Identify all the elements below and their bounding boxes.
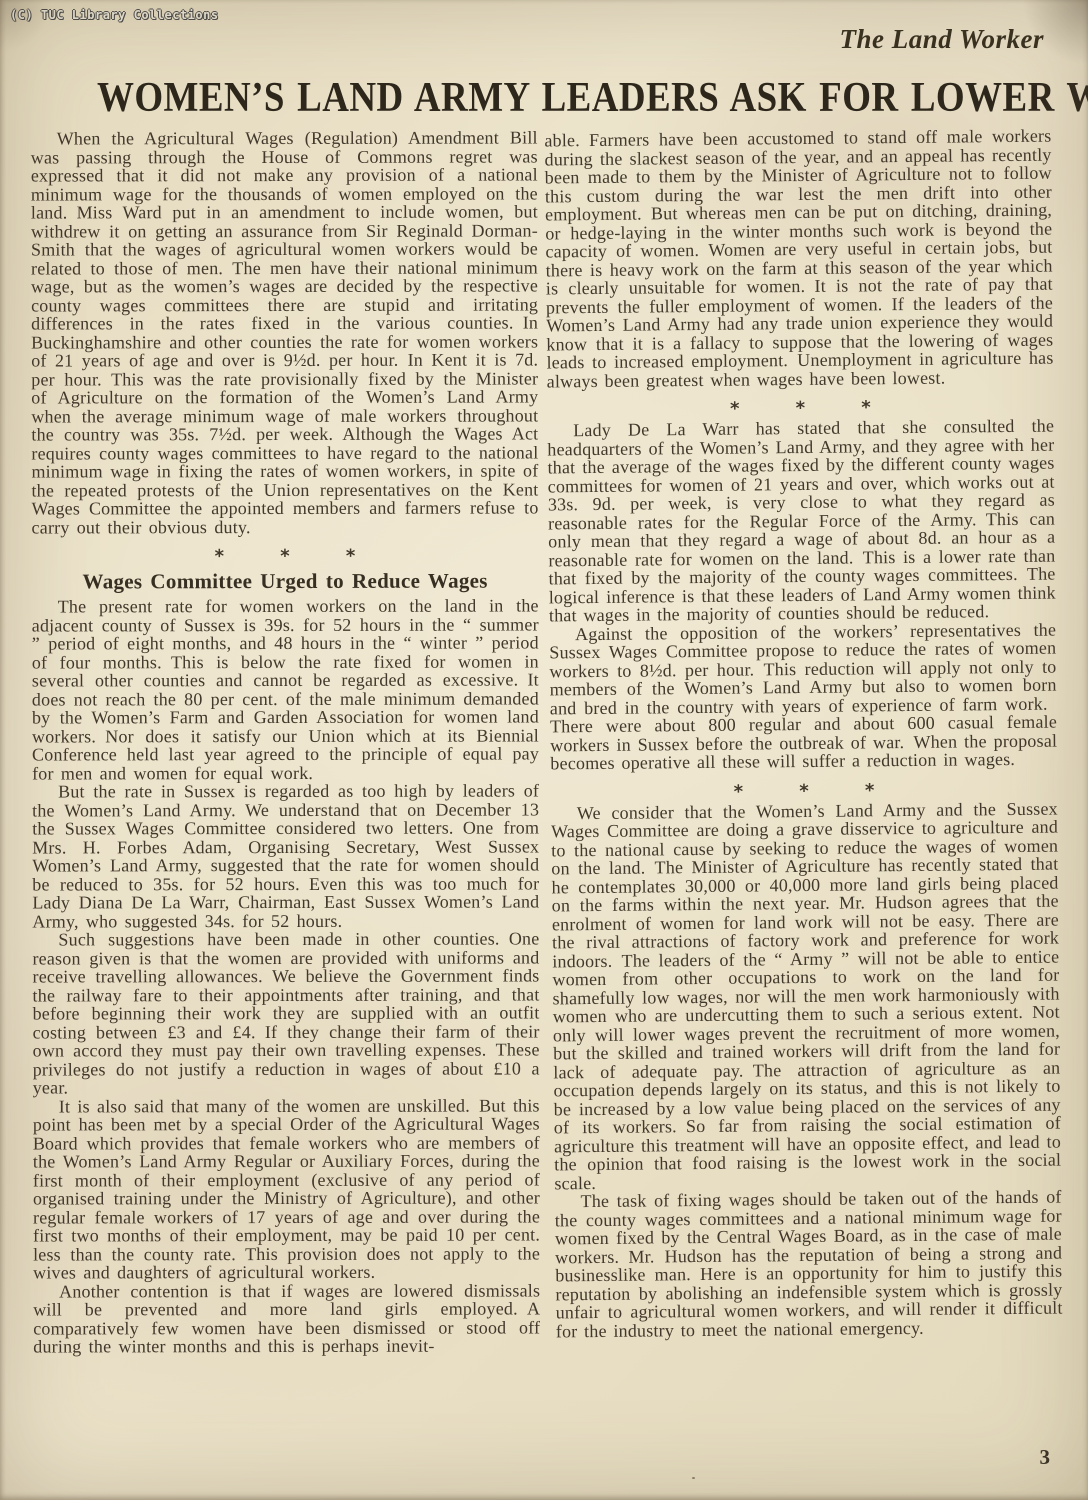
section-divider: * * * [547,394,1054,419]
right-column: able. Farmers have been accustomed to st… [544,127,1063,1358]
scanned-page: (C) TUC Library Collections The Land Wor… [0,0,1088,1500]
paragraph: able. Farmers have been accustomed to st… [544,127,1053,391]
library-watermark: (C) TUC Library Collections [10,8,219,22]
paragraph: Another contention is that if wages are … [33,1281,540,1356]
asterisk: * [280,544,290,570]
scan-speck [692,1477,695,1479]
paragraph: Against the opposition of the workers’ r… [549,620,1057,773]
asterisk: * [346,544,356,570]
page-number: 3 [1040,1445,1051,1470]
paragraph: We consider that the Women’s Land Army a… [551,799,1062,1192]
article-body: When the Agricultural Wages (Regulation)… [32,129,1056,1356]
left-column: When the Agricultural Wages (Regulation)… [31,128,541,1356]
paragraph: But the rate in Sussex is regarded as to… [32,781,539,930]
paragraph: Lady De La Warr has stated that she cons… [547,417,1056,625]
paragraph: It is also said that many of the women a… [33,1096,540,1282]
paragraph: When the Agricultural Wages (Regulation)… [31,128,539,536]
section-divider: * * * [32,543,539,564]
section-subhead: Wages Committee Urged to Reduce Wages [32,568,539,593]
paragraph: The present rate for women workers on th… [32,596,539,782]
publication-title: The Land Worker [839,24,1044,55]
article-headline: WOMEN’S LAND ARMY LEADERS ASK FOR LOWER … [97,77,991,119]
paragraph: Such suggestions have been made in other… [32,929,539,1097]
paragraph: The task of fixing wages should be taken… [554,1188,1062,1341]
asterisk: * [215,544,225,570]
section-divider: * * * [551,776,1058,801]
